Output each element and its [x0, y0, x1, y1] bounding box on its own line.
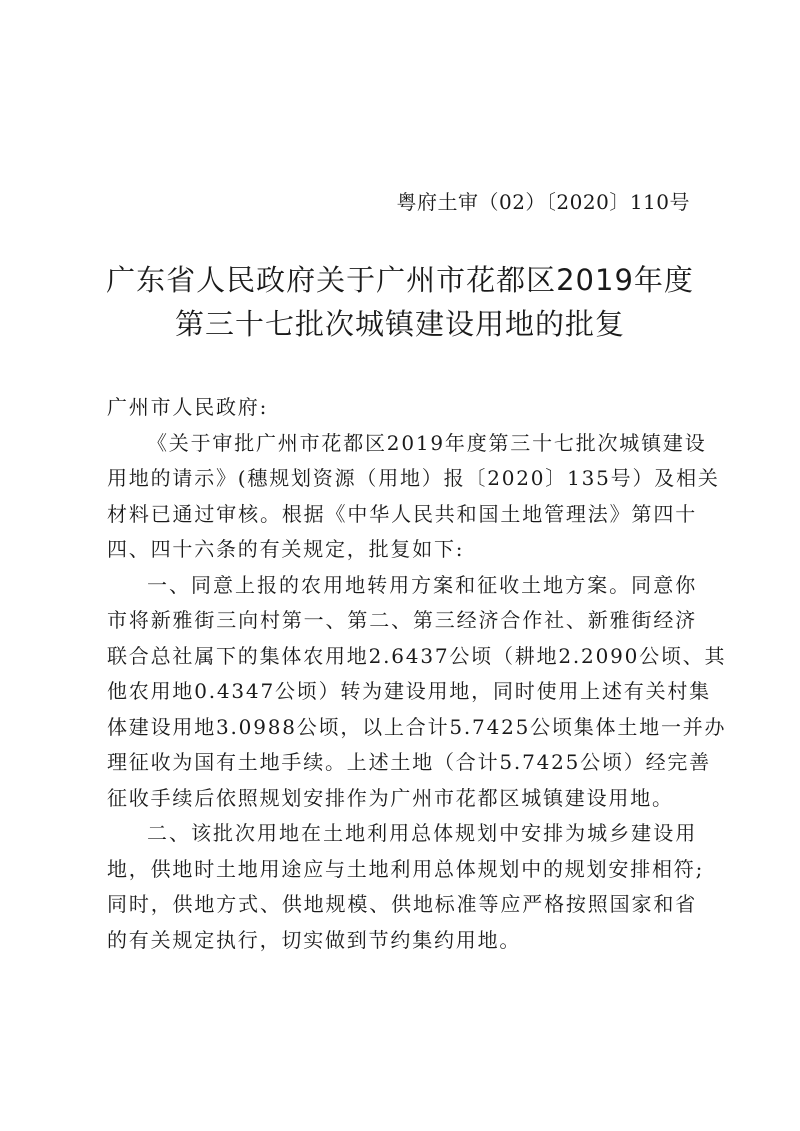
paragraph-line: 同时，供地方式、供地规模、供地标准等应严格按照国家和省	[107, 887, 697, 923]
paragraph-line: 他农用地0.4347公顷）转为建设用地，同时使用上述有关村集	[107, 674, 697, 710]
paragraph-line: 用地的请示》(穗规划资源（用地）报〔2020〕135号）及相关	[107, 461, 697, 497]
paragraph-line: 的有关规定执行，切实做到节约集约用地。	[107, 923, 697, 959]
paragraph-line: 《关于审批广州市花都区2019年度第三十七批次城镇建设	[107, 426, 697, 462]
paragraph-line: 联合总社属下的集体农用地2.6437公顷（耕地2.2090公顷、其	[107, 639, 697, 675]
paragraph-line: 理征收为国有土地手续。上述土地（合计5.7425公顷）经完善	[107, 745, 697, 781]
document-body: 广州市人民政府: 《关于审批广州市花都区2019年度第三十七批次城镇建设 用地的…	[107, 390, 697, 958]
document-title: 广东省人民政府关于广州市花都区2019年度 第三十七批次城镇建设用地的批复	[0, 258, 800, 346]
paragraph-line: 征收手续后依照规划安排作为广州市花都区城镇建设用地。	[107, 781, 697, 817]
document-number: 粤府土审（02）〔2020〕110号	[396, 186, 690, 215]
paragraph-line: 市将新雅街三向村第一、第二、第三经济合作社、新雅街经济	[107, 603, 697, 639]
salutation: 广州市人民政府:	[107, 390, 697, 426]
title-line-2: 第三十七批次城镇建设用地的批复	[0, 302, 800, 346]
title-line-1: 广东省人民政府关于广州市花都区2019年度	[0, 258, 800, 302]
paragraph-line: 二、该批次用地在土地利用总体规划中安排为城乡建设用	[107, 816, 697, 852]
paragraph-item-one: 一、同意上报的农用地转用方案和征收土地方案。同意你 市将新雅街三向村第一、第二、…	[107, 568, 697, 817]
paragraph-line: 材料已通过审核。根据《中华人民共和国土地管理法》第四十	[107, 497, 697, 533]
paragraph-item-two: 二、该批次用地在土地利用总体规划中安排为城乡建设用 地，供地时土地用途应与土地利…	[107, 816, 697, 958]
document-page: 粤府土审（02）〔2020〕110号 广东省人民政府关于广州市花都区2019年度…	[0, 0, 800, 1131]
paragraph-line: 四、四十六条的有关规定，批复如下:	[107, 532, 697, 568]
paragraph-line: 地，供地时土地用途应与土地利用总体规划中的规划安排相符;	[107, 852, 697, 888]
paragraph-line: 一、同意上报的农用地转用方案和征收土地方案。同意你	[107, 568, 697, 604]
paragraph-request-reference: 《关于审批广州市花都区2019年度第三十七批次城镇建设 用地的请示》(穗规划资源…	[107, 426, 697, 568]
paragraph-line: 体建设用地3.0988公顷，以上合计5.7425公顷集体土地一并办	[107, 710, 697, 746]
